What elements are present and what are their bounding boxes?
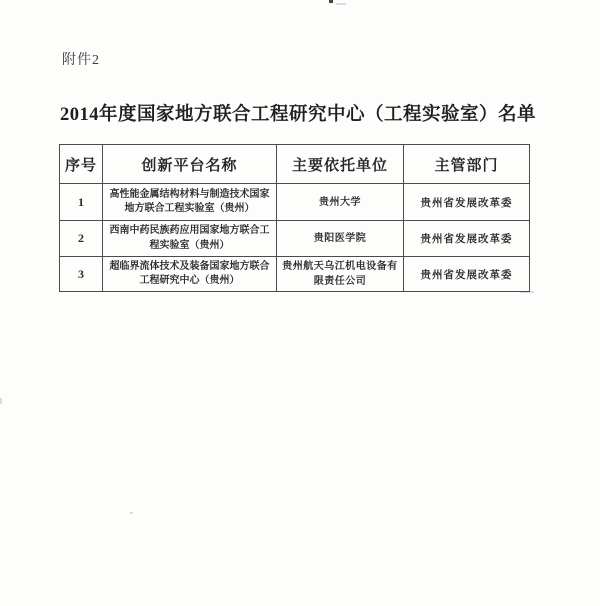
cell-unit: 贵阳医学院 <box>277 221 404 257</box>
cell-platform: 超临界流体技术及装备国家地方联合工程研究中心（贵州） <box>103 257 277 292</box>
col-header-department: 主管部门 <box>404 145 530 184</box>
cell-unit: 贵州大学 <box>277 184 404 221</box>
cell-serial: 1 <box>60 184 103 221</box>
cell-serial: 2 <box>60 221 103 257</box>
cell-unit: 贵州航天乌江机电设备有限责任公司 <box>277 257 404 292</box>
table-row: 1 高性能金属结构材料与制造技术国家地方联合工程实验室（贵州） 贵州大学 贵州省… <box>60 184 530 221</box>
cell-department: 贵州省发展改革委 <box>404 184 530 221</box>
document-title: 2014年度国家地方联合工程研究中心（工程实验室）名单 <box>0 100 596 126</box>
scan-speck <box>0 398 2 404</box>
cell-platform: 西南中药民族药应用国家地方联合工程实验室（贵州） <box>103 221 277 257</box>
attachment-label: 附件2 <box>62 49 100 69</box>
scan-smudge <box>336 3 346 5</box>
cell-department: 贵州省发展改革委 <box>404 221 530 257</box>
col-header-serial: 序号 <box>60 145 103 184</box>
table-header-row: 序号 创新平台名称 主要依托单位 主管部门 <box>60 145 530 184</box>
platform-table: 序号 创新平台名称 主要依托单位 主管部门 1 高性能金属结构材料与制造技术国家… <box>59 144 530 292</box>
col-header-platform: 创新平台名称 <box>103 145 277 184</box>
col-header-unit: 主要依托单位 <box>277 145 404 184</box>
scanned-document-page: 附件2 2014年度国家地方联合工程研究中心（工程实验室）名单 序号 创新平台名… <box>0 0 600 606</box>
scan-speck <box>130 512 133 514</box>
scan-speck <box>329 0 333 3</box>
cell-serial: 3 <box>60 257 103 292</box>
cell-department: 贵州省发展改革委 <box>404 257 530 292</box>
table-row: 2 西南中药民族药应用国家地方联合工程实验室（贵州） 贵阳医学院 贵州省发展改革… <box>60 221 530 257</box>
table-row: 3 超临界流体技术及装备国家地方联合工程研究中心（贵州） 贵州航天乌江机电设备有… <box>60 257 530 292</box>
cell-platform: 高性能金属结构材料与制造技术国家地方联合工程实验室（贵州） <box>103 184 277 221</box>
